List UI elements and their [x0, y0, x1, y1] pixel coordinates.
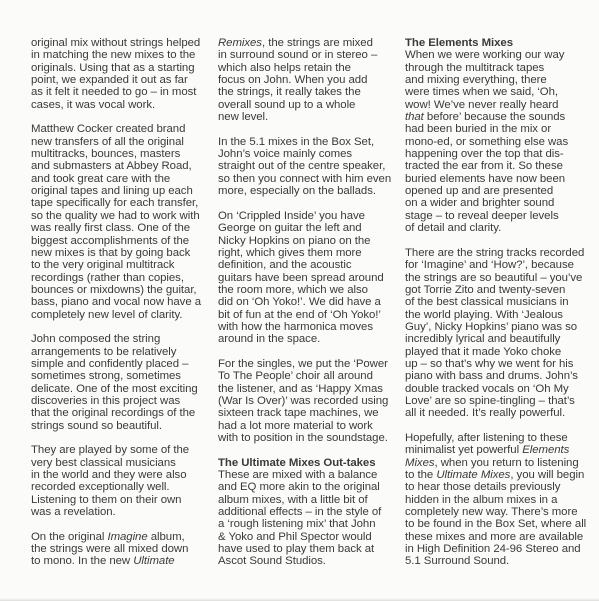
text-line: double tracked vocals on ‘Oh My [405, 383, 585, 395]
text-line: Ascot Sound Studios. [218, 555, 398, 567]
paragraph: In the 5.1 mixes in the Box Set,John’s v… [218, 136, 398, 198]
text-line: discoveries in this project was [31, 395, 211, 407]
text-line: Matthew Cocker created brand [31, 123, 211, 135]
section-heading: The Ultimate Mixes Out-takes [218, 457, 398, 469]
text-line: to be found in the Box Set, where all [405, 518, 585, 530]
text-line: had been buried in the mix or [405, 123, 585, 135]
text-line: definition, and the acoustic [218, 259, 398, 271]
text-line: so then you connect with him even [218, 173, 398, 185]
text-run: on a wider and brighter sound [405, 197, 554, 209]
text-run: On the original [31, 531, 107, 543]
text-line: so the quality we had to work with [31, 210, 211, 222]
text-run: these mixes and more are available [405, 531, 583, 543]
text-line: up – so that’s why we went for his [405, 358, 585, 370]
text-line: the strings were all mixed down [31, 543, 211, 555]
paragraph: The Elements MixesWhen we were working o… [405, 37, 585, 235]
text-line: have used to play them back at [218, 543, 398, 555]
text-line: stage – to reveal deeper levels [405, 210, 585, 222]
text-line: that the original recordings of the [31, 407, 211, 419]
paragraph: Remixes, the strings are mixedin surroun… [218, 37, 398, 123]
text-line: was a revelation. [31, 506, 211, 518]
text-line: (War Is Over)’ was recorded using [218, 395, 398, 407]
text-run: in High Definition 24-96 Stereo and [405, 543, 581, 555]
text-line: piano with bass and drums. John’s [405, 370, 585, 382]
text-line: for ‘Imagine’ and ‘How?’, because [405, 259, 585, 271]
text-line: recorded exceptionally well. [31, 481, 211, 493]
text-run: overall sound up to a whole [218, 99, 355, 111]
text-run: the strings, it really takes the [218, 86, 361, 98]
text-line: happening over the top that dis- [405, 148, 585, 160]
liner-notes-page: original mix without strings helpedin ma… [0, 0, 599, 601]
text-line: that before’ because the sounds [405, 111, 585, 123]
text-line: played that it made Yoko choke [405, 346, 585, 358]
text-line: in matching the new mixes to the [31, 49, 211, 61]
text-run: were times when we said, ‘Oh, [405, 86, 558, 98]
text-line: was really first class. One of the [31, 222, 211, 234]
italic-text: Ultimate [133, 555, 174, 567]
text-line: completely new level of clarity. [31, 309, 211, 321]
text-run: album, [148, 531, 185, 543]
text-run: hidden in the album mixes in a [405, 494, 557, 506]
text-run: 5.1 Surround Sound. [405, 555, 509, 567]
text-line: additional effects – in the style of [218, 506, 398, 518]
text-line: of detail and clarity. [405, 222, 585, 234]
text-line: original tapes and lining up each [31, 185, 211, 197]
italic-text: Remixes [218, 37, 262, 49]
text-line: simple and confidently placed – [31, 358, 211, 370]
text-line: album mixes, with a little bit of [218, 494, 398, 506]
text-line: the strings, it really takes the [218, 86, 398, 98]
text-run: happening over the top that dis- [405, 148, 564, 160]
text-line: as it felt it needed to go – in most [31, 86, 211, 98]
text-line: tracted the ear from it. So these [405, 160, 585, 172]
text-line: in the world and they were also [31, 469, 211, 481]
text-line: the world playing. With ‘Jealous [405, 309, 585, 321]
text-line: new level. [218, 111, 398, 123]
text-line: completely new way. There’s more [405, 506, 585, 518]
italic-text: Mixes [405, 457, 435, 469]
text-line: focus on John. When you add [218, 74, 398, 86]
text-run: to hear those details previously [405, 481, 560, 493]
text-line: to the Ultimate Mixes, you will begin [405, 469, 585, 481]
text-line: very best classical musicians [31, 457, 211, 469]
text-line: which also helps retain the [218, 62, 398, 74]
text-line: Mixes, when you return to listening [405, 457, 585, 469]
text-line: and submasters at Abbey Road, [31, 160, 211, 172]
text-line: cases, it was vocal work. [31, 99, 211, 111]
paragraph: Hopefully, after listening to theseminim… [405, 432, 585, 568]
text-run: opened up and are presented [405, 185, 553, 197]
text-run: stage – to reveal deeper levels [405, 210, 559, 222]
text-line: strings sound so beautiful. [31, 420, 211, 432]
text-run: and mixing everything, there [405, 74, 547, 86]
italic-text: Elements [522, 444, 569, 456]
italic-text: Ultimate Mixes [436, 469, 510, 481]
text-line: bass, piano and vocal now have a [31, 296, 211, 308]
text-line: Listening to them on their own [31, 494, 211, 506]
text-line: delicate. One of the most exciting [31, 383, 211, 395]
text-line: incredibly lyrical and beautifully [405, 333, 585, 345]
text-line: When we were working our way [405, 49, 585, 61]
text-line: & Yoko and Phil Spector would [218, 531, 398, 543]
text-line: There are the string tracks recorded [405, 247, 585, 259]
text-line: to hear those details previously [405, 481, 585, 493]
text-line: Guy’, Nicky Hopkins’ piano was so [405, 321, 585, 333]
text-line: the room more, which we also [218, 284, 398, 296]
text-line: On the original Imagine album, [31, 531, 211, 543]
text-line: the strings are so beautiful – you’ve [405, 272, 585, 284]
text-line: these mixes and more are available [405, 531, 585, 543]
text-run: the strings were all mixed down [31, 543, 188, 555]
text-line: the listener, and as ‘Happy Xmas [218, 383, 398, 395]
text-line: did on ‘Oh Yoko!’. We did have a [218, 296, 398, 308]
text-run: buried elements have now been [405, 173, 565, 185]
text-line: more, especially on the ballads. [218, 185, 398, 197]
text-line: hidden in the album mixes in a [405, 494, 585, 506]
text-line: They are played by some of the [31, 444, 211, 456]
text-run: , when you return to listening [435, 457, 579, 469]
text-line: and mixing everything, there [405, 74, 585, 86]
text-line: Remixes, the strings are mixed [218, 37, 398, 49]
text-line: buried elements have now been [405, 173, 585, 185]
text-line: George on guitar the left and [218, 222, 398, 234]
text-column-2: Remixes, the strings are mixedin surroun… [218, 37, 398, 580]
text-run: which also helps retain the [218, 62, 351, 74]
text-line: For the singles, we put the ‘Power [218, 358, 398, 370]
text-column-1: original mix without strings helpedin ma… [31, 37, 211, 580]
text-line: originals. Using that as a starting [31, 62, 211, 74]
text-run: to be found in the Box Set, where all [405, 518, 586, 530]
text-line: arrangements to be relatively [31, 346, 211, 358]
paragraph: On the original Imagine album,the string… [31, 531, 211, 568]
text-line: were times when we said, ‘Oh, [405, 86, 585, 98]
text-line: through the multitrack tapes [405, 62, 585, 74]
text-run: wow! We’ve never really heard [405, 99, 558, 111]
paragraph: For the singles, we put the ‘PowerTo The… [218, 358, 398, 444]
text-line: Hopefully, after listening to these [405, 432, 585, 444]
text-line: to mono. In the new Ultimate [31, 555, 211, 567]
text-run: tracted the ear from it. So these [405, 160, 563, 172]
text-line: These are mixed with a balance [218, 469, 398, 481]
text-line: overall sound up to a whole [218, 99, 398, 111]
text-line: To The People’ choir all around [218, 370, 398, 382]
text-run: , the strings are mixed [262, 37, 373, 49]
text-line: got Torrie Zito and twenty-seven [405, 284, 585, 296]
paragraph: The Ultimate Mixes Out-takesThese are mi… [218, 457, 398, 568]
text-line: on a wider and brighter sound [405, 197, 585, 209]
text-line: and EQ more akin to the original [218, 481, 398, 493]
text-line: with how the harmonica moves [218, 321, 398, 333]
text-line: a ‘rough listening mix’ that John [218, 518, 398, 530]
text-line: right, which gives them more [218, 247, 398, 259]
text-line: mono-ed, or something else was [405, 136, 585, 148]
paragraph: They are played by some of thevery best … [31, 444, 211, 518]
text-run: through the multitrack tapes [405, 62, 544, 74]
text-line: sixteen track tape machines, we [218, 407, 398, 419]
text-line: guitars have been spread around [218, 272, 398, 284]
text-run: had been buried in the mix or [405, 123, 551, 135]
text-line: in High Definition 24-96 Stereo and [405, 543, 585, 555]
paragraph: original mix without strings helpedin ma… [31, 37, 211, 111]
text-line: John’s voice mainly comes [218, 148, 398, 160]
text-line: sometimes strong, sometimes [31, 370, 211, 382]
text-line: all it needed. It’s really powerful. [405, 407, 585, 419]
text-line: to the very original multitrack [31, 259, 211, 271]
italic-text: that [405, 111, 424, 123]
text-line: multitracks, bounces, masters [31, 148, 211, 160]
text-run: mono-ed, or something else was [405, 136, 568, 148]
text-run: to the [405, 469, 436, 481]
text-line: 5.1 Surround Sound. [405, 555, 585, 567]
text-line: in surround sound or in stereo – [218, 49, 398, 61]
text-line: new mixes is that by going back [31, 247, 211, 259]
text-run: before’ because the sounds [424, 111, 565, 123]
text-line: opened up and are presented [405, 185, 585, 197]
text-line: straight out of the centre speaker, [218, 160, 398, 172]
text-run: focus on John. When you add [218, 74, 367, 86]
text-line: had a lot more material to work [218, 420, 398, 432]
paragraph: John composed the stringarrangements to … [31, 333, 211, 432]
section-heading: The Elements Mixes [405, 37, 585, 49]
text-run: Hopefully, after listening to these [405, 432, 568, 444]
text-line: original mix without strings helped [31, 37, 211, 49]
text-run: to mono. In the new [31, 555, 133, 567]
paragraph: There are the string tracks recordedfor … [405, 247, 585, 420]
text-line: Nicky Hopkins on piano on the [218, 235, 398, 247]
text-line: new transfers of all the original [31, 136, 211, 148]
text-line: with to position in the soundstage. [218, 432, 398, 444]
paragraph: Matthew Cocker created brandnew transfer… [31, 123, 211, 321]
text-line: Love’ are so spine-tingling – that’s [405, 395, 585, 407]
text-line: biggest accomplishments of the [31, 235, 211, 247]
text-run: in surround sound or in stereo – [218, 49, 377, 61]
paragraph: On ‘Crippled Inside’ you haveGeorge on g… [218, 210, 398, 346]
text-line: In the 5.1 mixes in the Box Set, [218, 136, 398, 148]
text-column-3: The Elements MixesWhen we were working o… [405, 37, 585, 580]
text-run: completely new way. There’s more [405, 506, 578, 518]
text-run: minimalist yet powerful [405, 444, 522, 456]
text-line: recordings (rather than copies, [31, 272, 211, 284]
text-line: bounces or mixdowns) the guitar, [31, 284, 211, 296]
text-line: tape specifically for each transfer, [31, 197, 211, 209]
text-line: and took great care with the [31, 173, 211, 185]
text-line: of the best classical musicians in [405, 296, 585, 308]
text-run: When we were working our way [405, 49, 564, 61]
italic-text: Imagine [107, 531, 147, 543]
text-line: minimalist yet powerful Elements [405, 444, 585, 456]
text-line: John composed the string [31, 333, 211, 345]
text-line: On ‘Crippled Inside’ you have [218, 210, 398, 222]
text-line: wow! We’ve never really heard [405, 99, 585, 111]
text-run: of detail and clarity. [405, 222, 501, 234]
text-line: point, we expanded it out as far [31, 74, 211, 86]
text-run: new level. [218, 111, 268, 123]
text-run: , you will begin [510, 469, 584, 481]
text-line: bit of fun at the end of ‘Oh Yoko!’ [218, 309, 398, 321]
text-line: around in the space. [218, 333, 398, 345]
